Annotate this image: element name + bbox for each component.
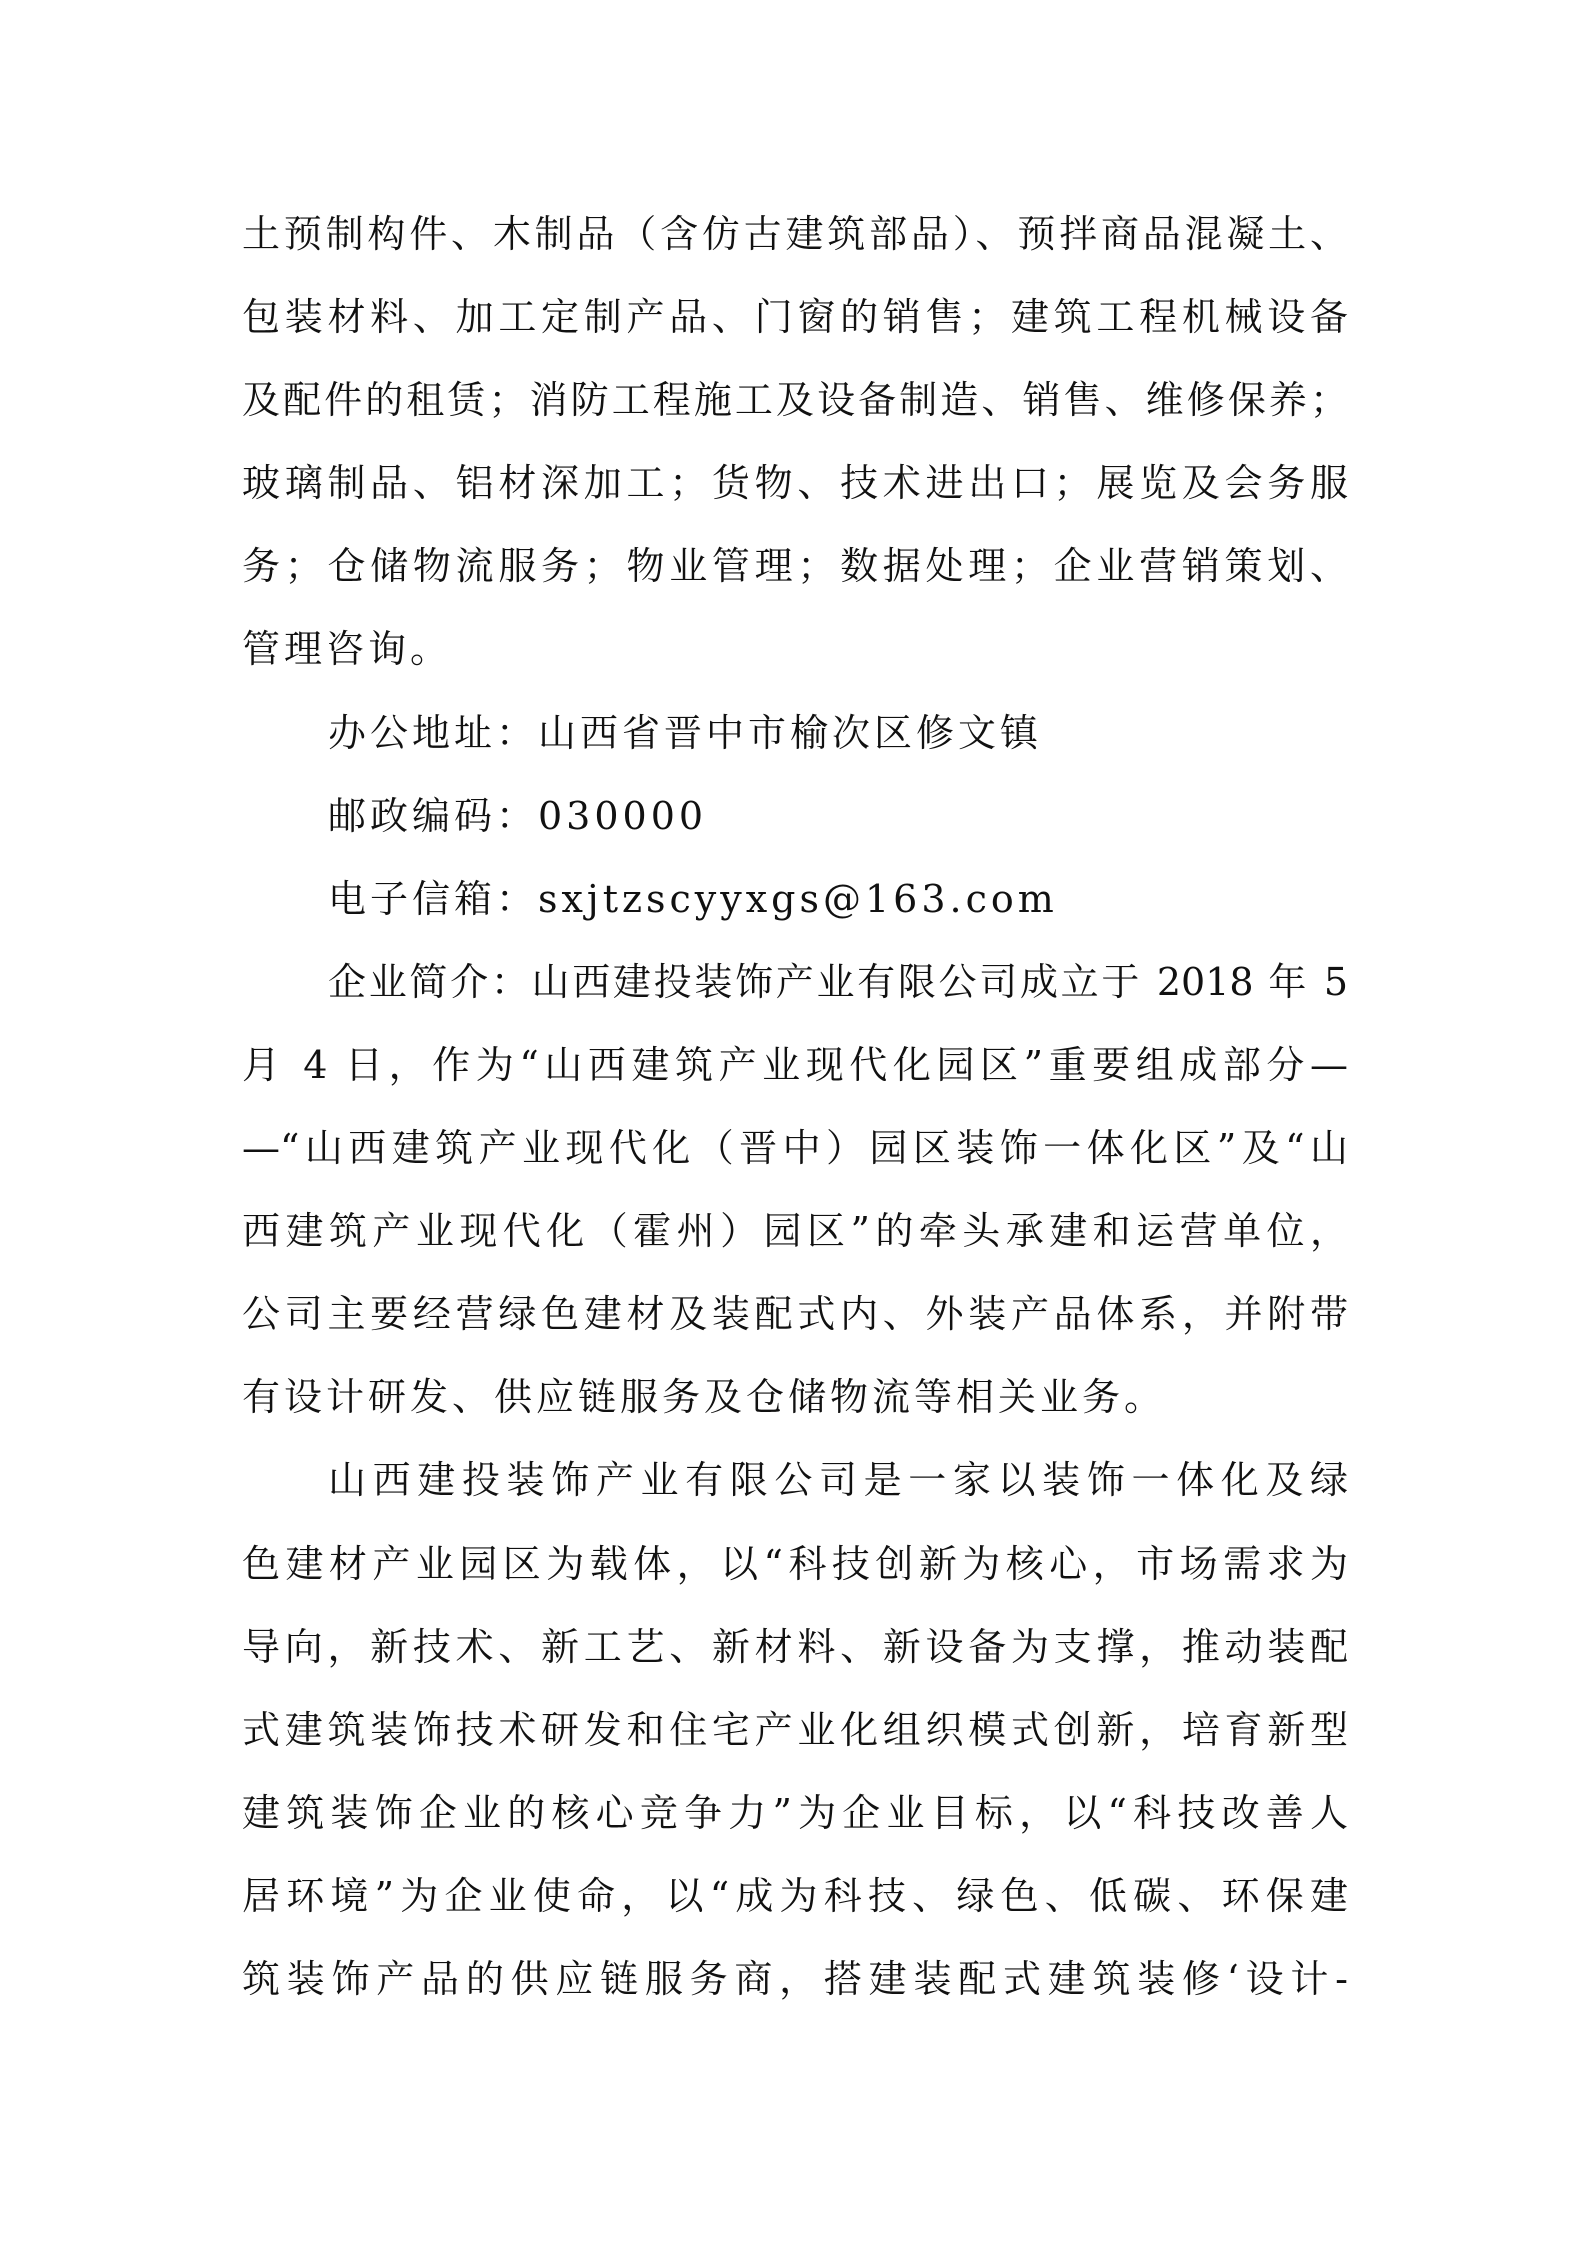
text-line: 月 4 日，作为“山西建筑产业现代化园区”重要组成部分—: [242, 1039, 1348, 1122]
text-line: 山西建投装饰产业有限公司是一家以装饰一体化及绿: [242, 1454, 1348, 1537]
text-line: 企业简介：山西建投装饰产业有限公司成立于 2018 年 5: [242, 956, 1348, 1039]
paragraph-office-address: 办公地址：山西省晋中市榆次区修文镇: [242, 707, 1348, 790]
text-line: 导向，新技术、新工艺、新材料、新设备为支撑，推动装配: [242, 1621, 1348, 1704]
text-line: 西建筑产业现代化（霍州）园区”的牵头承建和运营单位，: [242, 1205, 1348, 1288]
text-line: 筑装饰产品的供应链服务商，搭建装配式建筑装修‘设计-: [242, 1953, 1348, 2036]
paragraph-business-scope: 土预制构件、木制品（含仿古建筑部品）、预拌商品混凝土、 包装材料、加工定制产品、…: [242, 208, 1348, 707]
text-line: 色建材产业园区为载体，以“科技创新为核心，市场需求为: [242, 1538, 1348, 1621]
email-line: 电子信箱：sxjtzscyyxgs@163.com: [242, 873, 1348, 956]
postal-code-line: 邮政编码：030000: [242, 790, 1348, 873]
text-line: 居环境”为企业使命，以“成为科技、绿色、低碳、环保建: [242, 1870, 1348, 1953]
text-line: 管理咨询。: [242, 623, 1348, 706]
text-line: 有设计研发、供应链服务及仓储物流等相关业务。: [242, 1371, 1348, 1454]
document-body: 土预制构件、木制品（含仿古建筑部品）、预拌商品混凝土、 包装材料、加工定制产品、…: [242, 208, 1348, 2036]
text-line: —“山西建筑产业现代化（晋中）园区装饰一体化区”及“山: [242, 1122, 1348, 1205]
text-line: 土预制构件、木制品（含仿古建筑部品）、预拌商品混凝土、: [242, 208, 1348, 291]
text-line: 包装材料、加工定制产品、门窗的销售；建筑工程机械设备: [242, 291, 1348, 374]
paragraph-postal-code: 邮政编码：030000: [242, 790, 1348, 873]
office-address-line: 办公地址：山西省晋中市榆次区修文镇: [242, 707, 1348, 790]
text-line: 及配件的租赁；消防工程施工及设备制造、销售、维修保养；: [242, 374, 1348, 457]
paragraph-company-profile: 企业简介：山西建投装饰产业有限公司成立于 2018 年 5 月 4 日，作为“山…: [242, 956, 1348, 1455]
text-line: 玻璃制品、铝材深加工；货物、技术进出口；展览及会务服: [242, 457, 1348, 540]
paragraph-email: 电子信箱：sxjtzscyyxgs@163.com: [242, 873, 1348, 956]
text-line: 式建筑装饰技术研发和住宅产业化组织模式创新，培育新型: [242, 1704, 1348, 1787]
text-line: 务；仓储物流服务；物业管理；数据处理；企业营销策划、: [242, 540, 1348, 623]
document-page: 土预制构件、木制品（含仿古建筑部品）、预拌商品混凝土、 包装材料、加工定制产品、…: [0, 0, 1587, 2245]
text-line: 建筑装饰企业的核心竞争力”为企业目标，以“科技改善人: [242, 1787, 1348, 1870]
text-line: 公司主要经营绿色建材及装配式内、外装产品体系，并附带: [242, 1288, 1348, 1371]
paragraph-company-mission: 山西建投装饰产业有限公司是一家以装饰一体化及绿 色建材产业园区为载体，以“科技创…: [242, 1454, 1348, 2036]
